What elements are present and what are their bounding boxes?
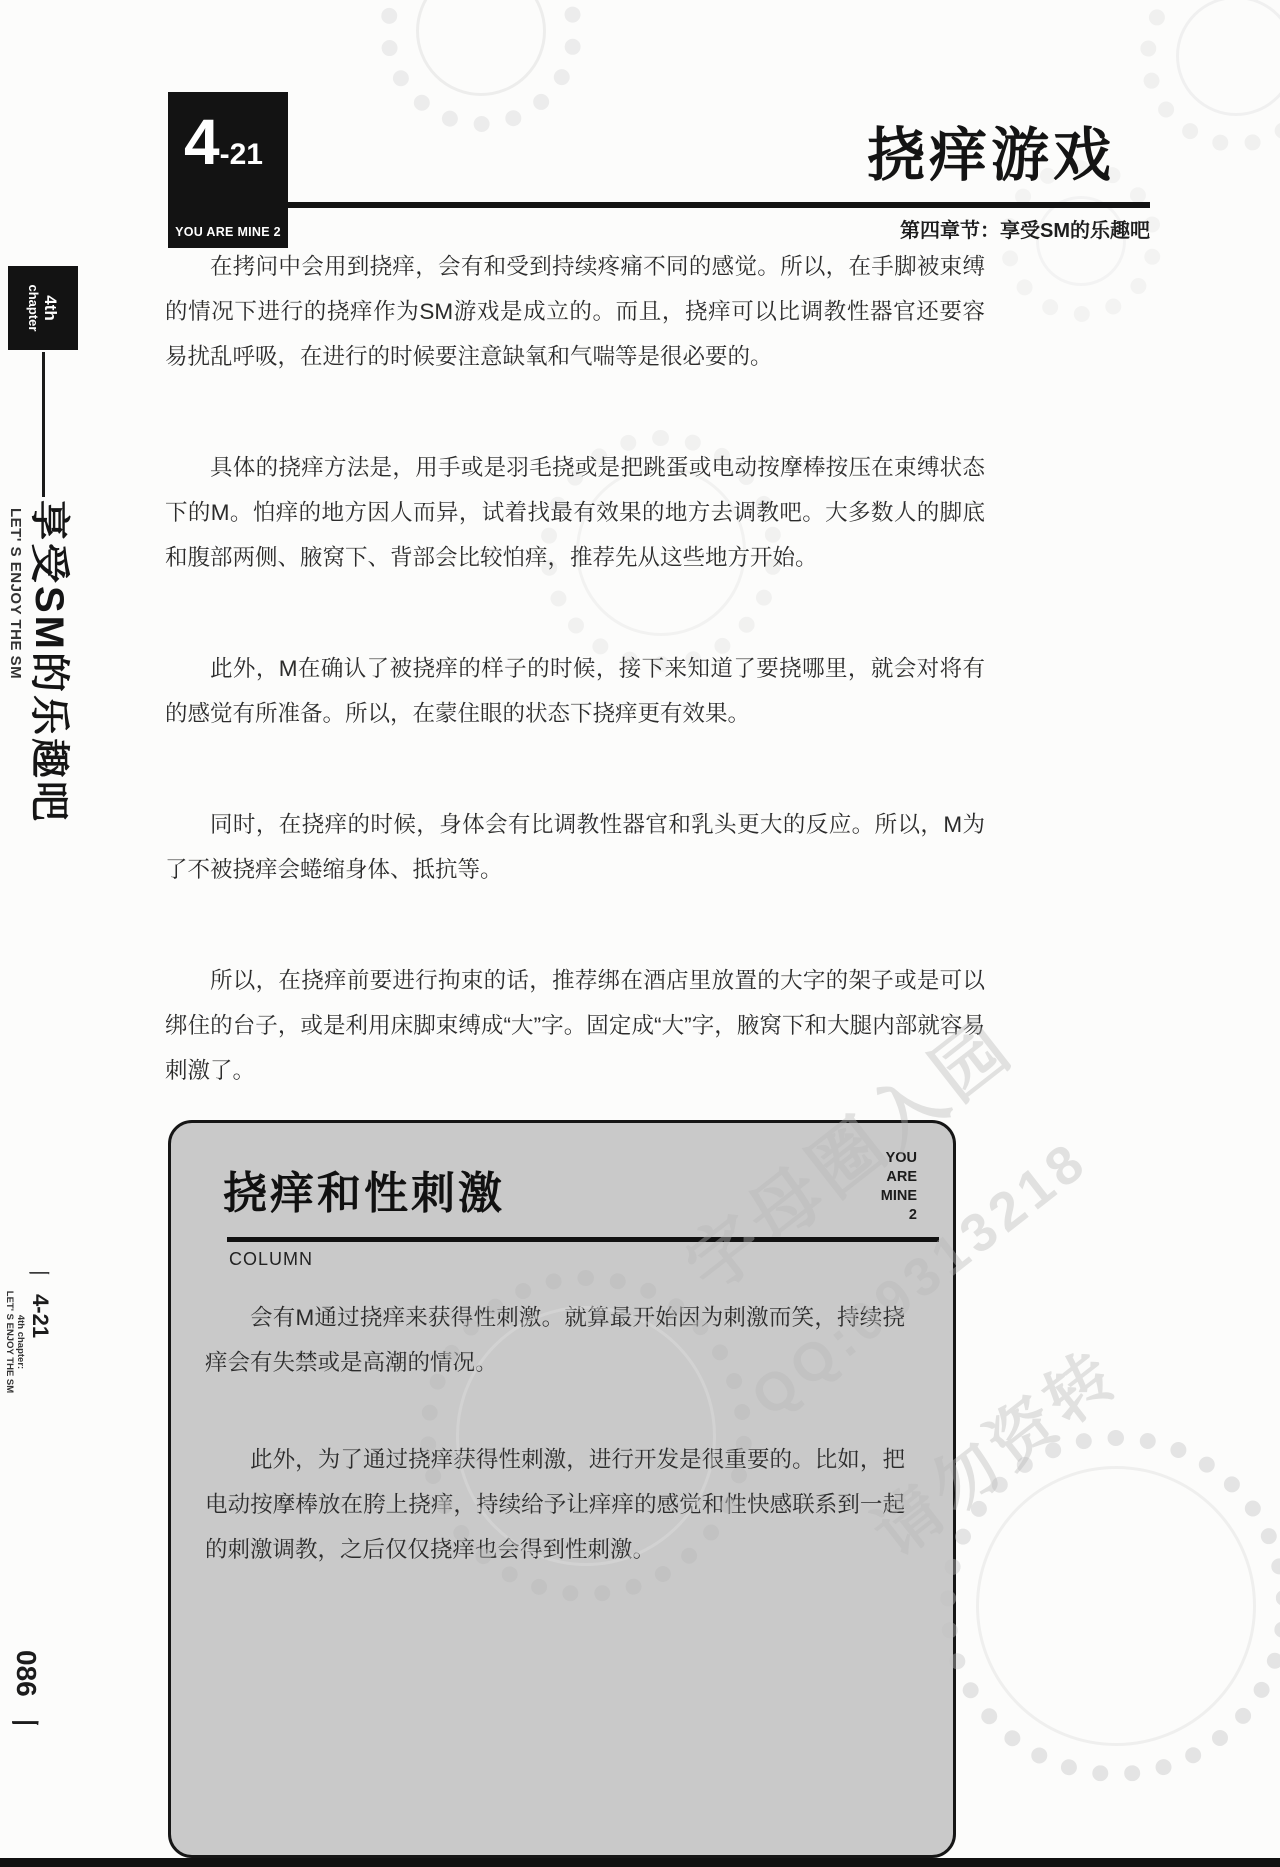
sidebar-chapter-title-en: LET' S ENJOY THE SM: [6, 508, 26, 808]
sidebar-rule: [42, 352, 45, 497]
sidebar-tab-line1: 4th: [42, 295, 59, 321]
sidebar-ref-caption-line2: LET' S ENJOY THE SM: [4, 1291, 15, 1393]
bottom-bar: [0, 1858, 1280, 1867]
sidebar-chapter-tab: 4th chapter: [8, 266, 78, 350]
body-text: 在拷问中会用到挠痒，会有和受到持续疼痛不同的感觉。所以，在手脚被束缚的情况下进行…: [165, 244, 985, 1159]
sidebar-tab-line2: chapter: [27, 285, 40, 332]
header-rule: [287, 202, 1150, 208]
sidebar-ref-caption: 4th chapter: LET' S ENJOY THE SM: [4, 1282, 26, 1402]
column-label: COLUMN: [229, 1249, 313, 1270]
page-title: 挠痒游戏: [867, 108, 1115, 192]
series-label: YOU ARE MINE 2: [168, 225, 288, 239]
page-subtitle: 第四章节：享受SM的乐趣吧: [900, 214, 1150, 243]
sidebar-section-ref: 丨 4-21: [26, 1262, 54, 1402]
chapter-number-small: -21: [220, 138, 263, 171]
body-paragraph: 同时，在挠痒的时候，身体会有比调教性器官和乳头更大的反应。所以，M为了不被挠痒会…: [165, 802, 985, 892]
sidebar-ref-separator: 丨: [25, 1262, 56, 1284]
gear-stamp-icon: [420, 1270, 752, 1602]
sidebar-ref-number: 4-21: [27, 1294, 53, 1338]
sidebar-chapter-title-cn: 享受SM的乐趣吧: [28, 500, 78, 810]
page-number: 086: [10, 1650, 42, 1697]
column-title-rule: [227, 1237, 939, 1242]
sidebar-page-number: 086 丨: [6, 1650, 46, 1780]
sidebar-ref-caption-line1: 4th chapter:: [15, 1315, 26, 1369]
badge-line: MINE: [881, 1187, 917, 1206]
chapter-number: 4-21: [184, 110, 263, 174]
body-paragraph: 具体的挠痒方法是，用手或是羽毛挠或是把跳蛋或电动按摩棒按压在束缚状态下的M。怕痒…: [165, 445, 985, 580]
book-page: 字母圈入园 QQ:09313218 请勿资转 4-21 YOU ARE MINE…: [0, 0, 1280, 1867]
chapter-number-box: 4-21 YOU ARE MINE 2: [168, 92, 288, 248]
badge-line: 2: [881, 1206, 917, 1225]
chapter-number-big: 4: [184, 106, 220, 178]
page-number-separator: 丨: [6, 1709, 46, 1737]
body-paragraph: 此外，M在确认了被挠痒的样子的时候，接下来知道了要挠哪里，就会对将有的感觉有所准…: [165, 646, 985, 736]
column-title: 挠痒和性刺激: [223, 1157, 505, 1221]
body-paragraph: 在拷问中会用到挠痒，会有和受到持续疼痛不同的感觉。所以，在手脚被束缚的情况下进行…: [165, 244, 985, 379]
